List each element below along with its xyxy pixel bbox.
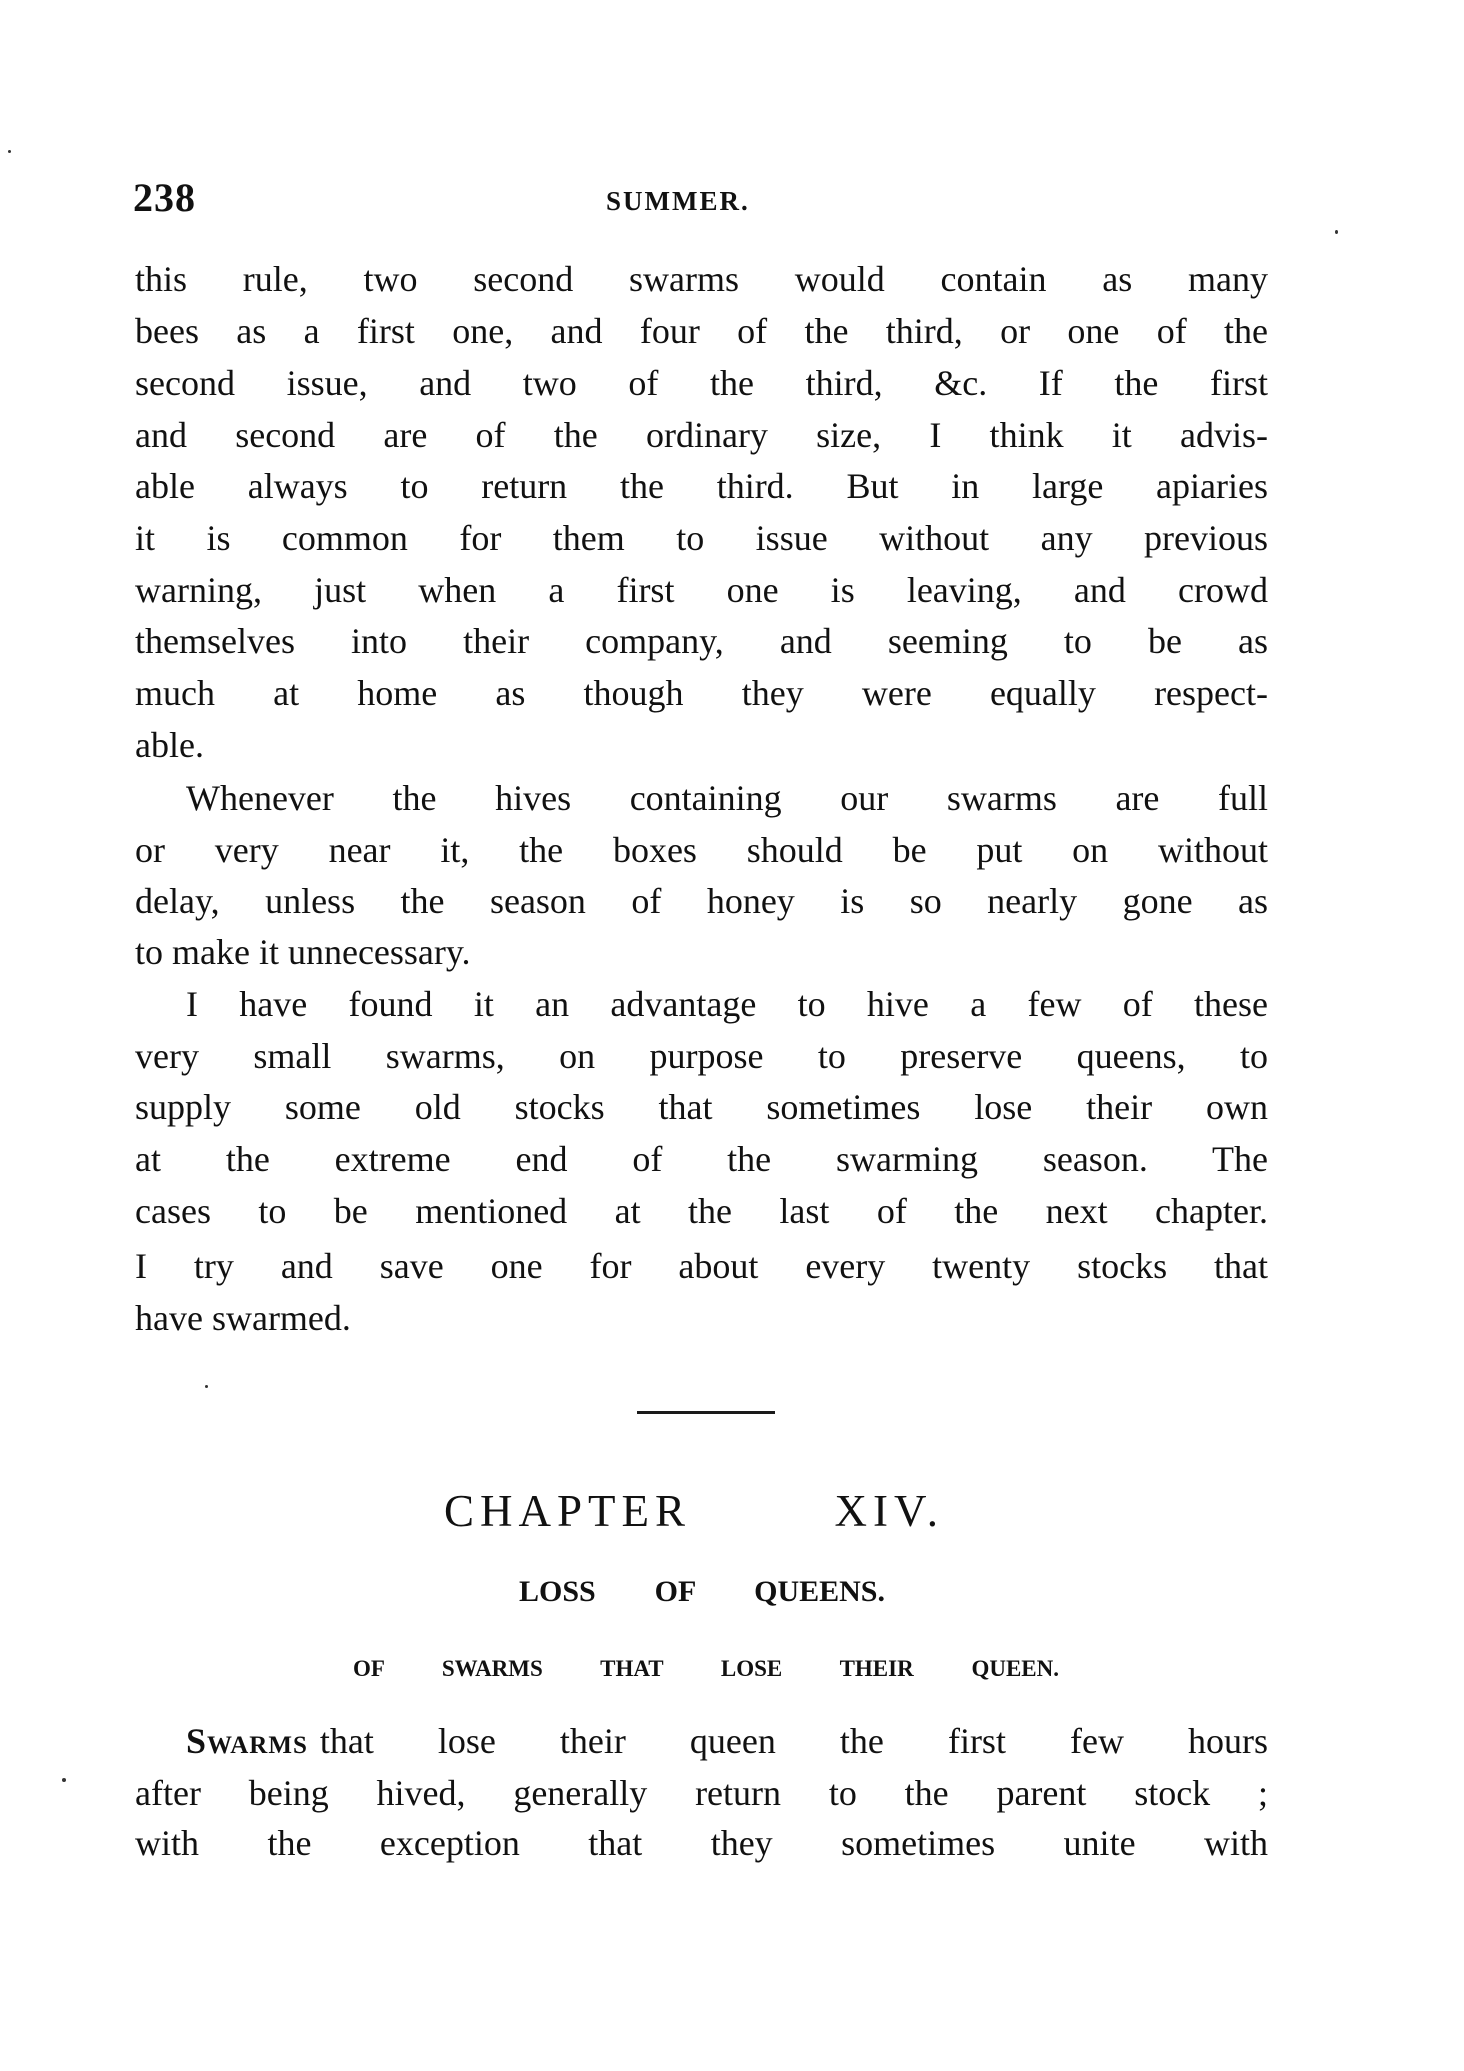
text-line: able always to return the third. But in … bbox=[135, 460, 1268, 512]
text-line: themselves into their company, and seemi… bbox=[135, 615, 1268, 667]
text-line: or very near it, the boxes should be put… bbox=[135, 824, 1268, 876]
text-line: with the exception that they sometimes u… bbox=[135, 1817, 1268, 1869]
text-line: much at home as though they were equally… bbox=[135, 667, 1268, 719]
text-line: able. bbox=[135, 719, 1268, 771]
running-title: SUMMER. bbox=[606, 184, 750, 218]
text-line: this rule, two second swarms would conta… bbox=[135, 253, 1268, 305]
text-line: it is common for them to issue without a… bbox=[135, 512, 1268, 564]
text-line: supply some old stocks that sometimes lo… bbox=[135, 1081, 1268, 1133]
text-line: I have found it an advantage to hive a f… bbox=[186, 978, 1268, 1030]
text-line: Swarms that lose their queen the first f… bbox=[186, 1715, 1268, 1767]
book-page: 238 SUMMER. this rule, two second swarms… bbox=[0, 0, 1464, 2071]
text-line: Whenever the hives containing our swarms… bbox=[186, 772, 1268, 824]
text-line: at the extreme end of the swarming seaso… bbox=[135, 1133, 1268, 1185]
scan-speck bbox=[8, 150, 11, 153]
chapter-number: CHAPTER XIV. bbox=[444, 1486, 944, 1536]
section-heading: OF SWARMS THAT LOSE THEIR QUEEN. bbox=[353, 1655, 1059, 1683]
section-divider bbox=[637, 1411, 775, 1414]
text-line: second issue, and two of the third, &c. … bbox=[135, 357, 1268, 409]
text-line: have swarmed. bbox=[135, 1292, 1268, 1344]
text-line: warning, just when a first one is leavin… bbox=[135, 564, 1268, 616]
text-line: cases to be mentioned at the last of the… bbox=[135, 1185, 1268, 1237]
scan-speck bbox=[62, 1778, 66, 1782]
text-line: bees as a first one, and four of the thi… bbox=[135, 305, 1268, 357]
text-line: to make it unnecessary. bbox=[135, 926, 1268, 978]
text-line: after being hived, generally return to t… bbox=[135, 1767, 1268, 1819]
scan-speck bbox=[1335, 230, 1338, 234]
scan-speck bbox=[205, 1385, 208, 1388]
lead-word: Swarms bbox=[186, 1715, 308, 1767]
page-number: 238 bbox=[133, 176, 196, 220]
chapter-title: LOSS OF QUEENS. bbox=[519, 1574, 885, 1610]
text-line: and second are of the ordinary size, I t… bbox=[135, 409, 1268, 461]
text-line: delay, unless the season of honey is so … bbox=[135, 875, 1268, 927]
text-line: very small swarms, on purpose to preserv… bbox=[135, 1030, 1268, 1082]
text-line: I try and save one for about every twent… bbox=[135, 1240, 1268, 1292]
text-line-rest: that lose their queen the first few hour… bbox=[320, 1715, 1268, 1767]
